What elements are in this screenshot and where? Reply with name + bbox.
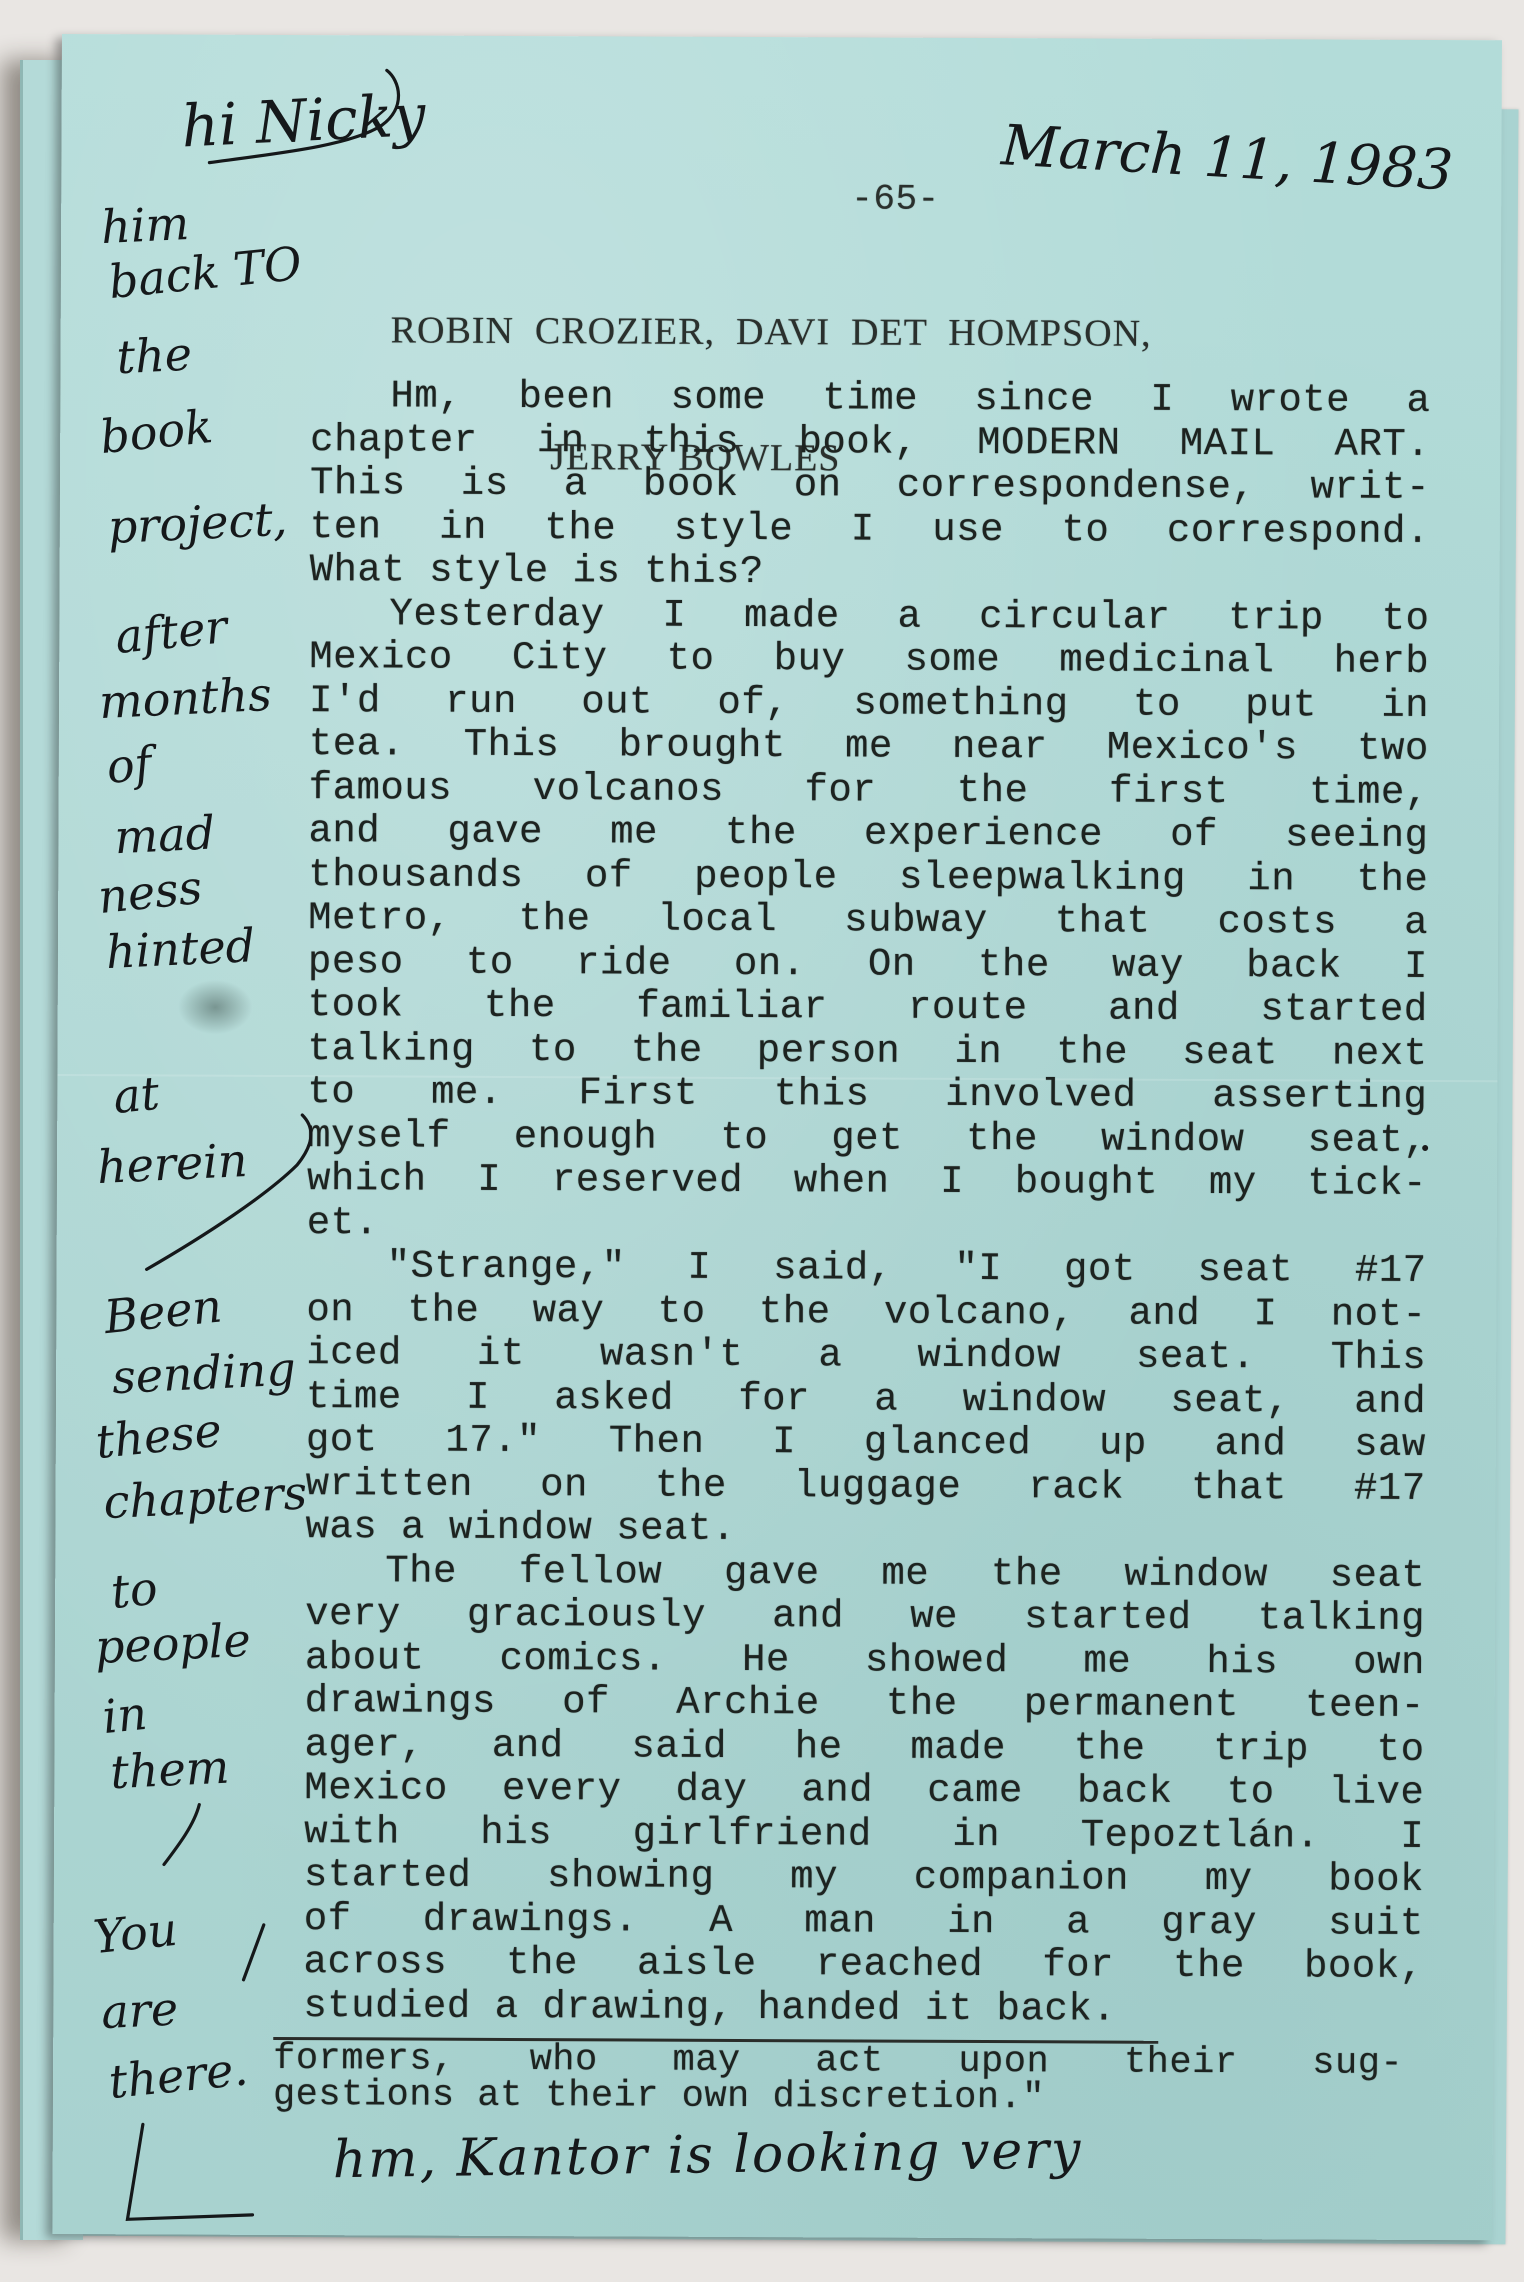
margin-note-word: the — [115, 331, 192, 381]
body-line: This is a book on correspondense, writ- — [310, 462, 1430, 510]
footnote-text: formers, who may act upon their sug-gest… — [273, 2041, 1403, 2118]
margin-note-word: after — [113, 603, 229, 660]
body-line: The fellow gave me the window seat — [305, 1550, 1425, 1598]
body-text: Hm, been some time since I wrote achapte… — [303, 375, 1430, 2033]
body-line: What style is this? — [310, 549, 1430, 597]
margin-note-word: Been — [102, 1283, 224, 1341]
body-line: chapter in this book, MODERN MAIL ART. — [310, 419, 1430, 467]
margin-note-word: hinted — [105, 922, 256, 975]
slash-mark — [244, 1925, 264, 1980]
margin-note-word: are — [100, 1986, 179, 2036]
body-line: time I asked for a window seat, and — [306, 1376, 1426, 1424]
margin-note-word: these — [94, 1407, 224, 1465]
body-line: "Strange," I said, "I got seat #17 — [307, 1245, 1427, 1293]
body-line: peso to ride on. On the way back I — [308, 941, 1428, 989]
margin-note-word: ness — [96, 864, 204, 920]
body-line: across the aisle reached for the book, — [303, 1941, 1423, 1989]
body-line: et. — [307, 1202, 1427, 1250]
ink-dot — [1422, 1145, 1428, 1151]
body-line: ager, and said he made the trip to — [304, 1724, 1424, 1772]
them-stroke — [164, 1804, 199, 1864]
body-line: Mexico City to buy some medicinal herb — [309, 636, 1429, 684]
margin-note-word: them — [109, 1744, 230, 1796]
body-line: was a window seat. — [305, 1506, 1425, 1554]
margin-note-word: months — [98, 671, 273, 725]
bracket-arrow — [127, 2124, 252, 2220]
body-line: very graciously and we started talking — [305, 1593, 1425, 1641]
body-line: I'd run out of, something to put in — [309, 680, 1429, 728]
ink-smudge — [178, 980, 253, 1035]
margin-note-word: people — [94, 1617, 252, 1670]
body-line: Hm, been some time since I wrote a — [310, 375, 1430, 423]
body-line: tea. This brought me near Mexico's two — [309, 723, 1429, 771]
handwritten-margin-notes: himback TOthebookproject,aftermonthsofma… — [62, 34, 1502, 40]
body-line: written on the luggage rack that #17 — [306, 1463, 1426, 1511]
body-line: got 17." Then I glanced up and saw — [306, 1419, 1426, 1467]
heading-line-1: ROBIN CROZIER, DAVI DET HOMPSON, — [391, 309, 1152, 354]
body-line: on the way to the volcano, and I not- — [306, 1289, 1426, 1337]
handwritten-greeting: hi Nicky — [180, 81, 427, 161]
body-line: ten in the style I use to correspond. — [310, 506, 1430, 554]
typewritten-page: -65- ROBIN CROZIER, DAVI DET HOMPSON, JE… — [52, 34, 1502, 2240]
margin-note-word: chapters — [102, 1469, 308, 1525]
margin-note-word: project, — [107, 496, 289, 551]
body-line: talking to the person in the seat next — [307, 1028, 1427, 1076]
body-line: which I reserved when I bought my tick- — [307, 1158, 1427, 1206]
margin-note-word: You — [91, 1906, 179, 1960]
body-line: with his girlfriend in Tepoztlán. I — [304, 1811, 1424, 1859]
body-line: drawings of Archie the permanent teen- — [305, 1680, 1425, 1728]
handwritten-bottom-note: hm, Kantor is looking very — [332, 2120, 1082, 2190]
body-line: of drawings. A man in a gray suit — [304, 1898, 1424, 1946]
body-line: famous volcanos for the first time, — [309, 767, 1429, 815]
margin-note-word: him — [100, 200, 190, 250]
body-line: iced it wasn't a window seat. This — [306, 1332, 1426, 1380]
body-line: thousands of people sleepwalking in the — [308, 854, 1428, 902]
body-line: started showing my companion my book — [304, 1854, 1424, 1902]
margin-note-word: of — [104, 740, 153, 790]
body-line: took the familiar route and started — [308, 984, 1428, 1032]
body-line: to me. First this involved asserting — [307, 1071, 1427, 1119]
body-line: Metro, the local subway that costs a — [308, 897, 1428, 945]
margin-note-word: mad — [113, 809, 216, 860]
margin-note-word: book — [98, 403, 215, 460]
margin-note-word: there. — [107, 2045, 250, 2105]
body-line: Yesterday I made a circular trip to — [309, 593, 1429, 641]
margin-note-word: herein — [96, 1137, 248, 1190]
handwritten-date: March 11, 1983 — [1000, 113, 1455, 204]
body-line: about comics. He showed me his own — [305, 1637, 1425, 1685]
body-line: studied a drawing, handed it back. — [303, 1985, 1423, 2033]
body-line: myself enough to get the window seat, — [307, 1115, 1427, 1163]
body-line: Mexico every day and came back to live — [304, 1767, 1424, 1815]
margin-note-word: sending — [111, 1345, 297, 1400]
body-line: and gave me the experience of seeing — [308, 810, 1428, 858]
margin-note-word: at — [111, 1070, 161, 1120]
margin-note-word: in — [100, 1690, 149, 1740]
margin-note-word: to — [109, 1565, 160, 1615]
page-number: -65- — [851, 177, 940, 221]
